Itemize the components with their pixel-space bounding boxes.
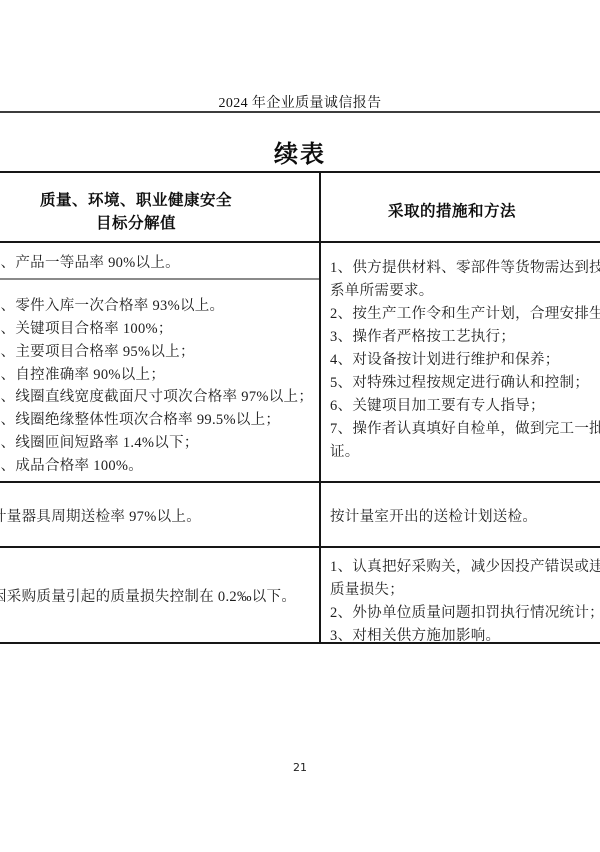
table-bottom-border — [0, 642, 600, 644]
table-row-divider-1 — [0, 481, 600, 483]
measure-line: 系单所需要求。 — [330, 281, 434, 302]
table-header-right: 采取的措施和方法 — [388, 199, 516, 221]
target-line: 3、关键项目合格率 100%； — [0, 319, 173, 340]
target-line: 1、产品一等品率 90%以上。 — [0, 253, 180, 274]
measure-line: 1、供方提供材料、零部件等货物需达到技 — [330, 258, 600, 279]
measure-line: 1、认真把好采购关，减少因投产错误或违 — [330, 557, 600, 578]
table-column-divider — [319, 171, 321, 644]
target-line: 因采购质量引起的质量损失控制在 0.2‰以下。 — [0, 587, 296, 608]
table-row-divider-2 — [0, 546, 600, 548]
target-line: 4、主要项目合格率 95%以上； — [0, 342, 195, 363]
target-line: 8、线圈匝间短路率 1.4%以下； — [0, 433, 199, 454]
measure-line: 3、对相关供方施加影响。 — [330, 626, 500, 647]
continued-table-heading: 续表 — [0, 134, 600, 169]
table-header-left-line2: 目标分解值 — [0, 211, 272, 233]
page-number: 21 — [0, 761, 600, 774]
target-line: 7、线圈绝缘整体性项次合格率 99.5%以上； — [0, 410, 280, 431]
target-line: 5、自控准确率 90%以上； — [0, 365, 165, 386]
measure-line: 4、对设备按计划进行维护和保养； — [330, 350, 560, 371]
table-left-subrow-divider — [0, 278, 319, 280]
measure-line: 5、对特殊过程按规定进行确认和控制； — [330, 373, 589, 394]
measure-line: 2、外协单位质量问题扣罚执行情况统计； — [330, 603, 600, 624]
running-head: 2024 年企业质量诚信报告 — [0, 92, 600, 112]
measure-line: 质量损失； — [330, 580, 404, 601]
target-line: 9、成品合格率 100%。 — [0, 456, 143, 477]
measure-line: 2、按生产工作令和生产计划，合理安排生 — [330, 304, 600, 325]
table-top-border — [0, 171, 600, 173]
target-line: 6、线圈直线宽度截面尺寸项次合格率 97%以上； — [0, 387, 313, 408]
target-line: 2、零件入库一次合格率 93%以上。 — [0, 296, 224, 317]
document-page: 2024 年企业质量诚信报告 续表 质量、环境、职业健康安全 目标分解值 采取的… — [0, 0, 600, 852]
header-rule — [0, 111, 600, 113]
measure-line: 按计量室开出的送检计划送检。 — [330, 507, 537, 528]
target-line: 计量器具周期送检率 97%以上。 — [0, 507, 201, 528]
table-header-bottom-border — [0, 241, 600, 243]
table-header-left-line1: 质量、环境、职业健康安全 — [0, 188, 272, 210]
measure-line: 6、关键项目加工要有专人指导； — [330, 396, 545, 417]
measure-line: 3、操作者严格按工艺执行； — [330, 327, 515, 348]
measure-line: 证。 — [330, 442, 360, 463]
measure-line: 7、操作者认真填好自检单，做到完工一批 — [330, 419, 600, 440]
